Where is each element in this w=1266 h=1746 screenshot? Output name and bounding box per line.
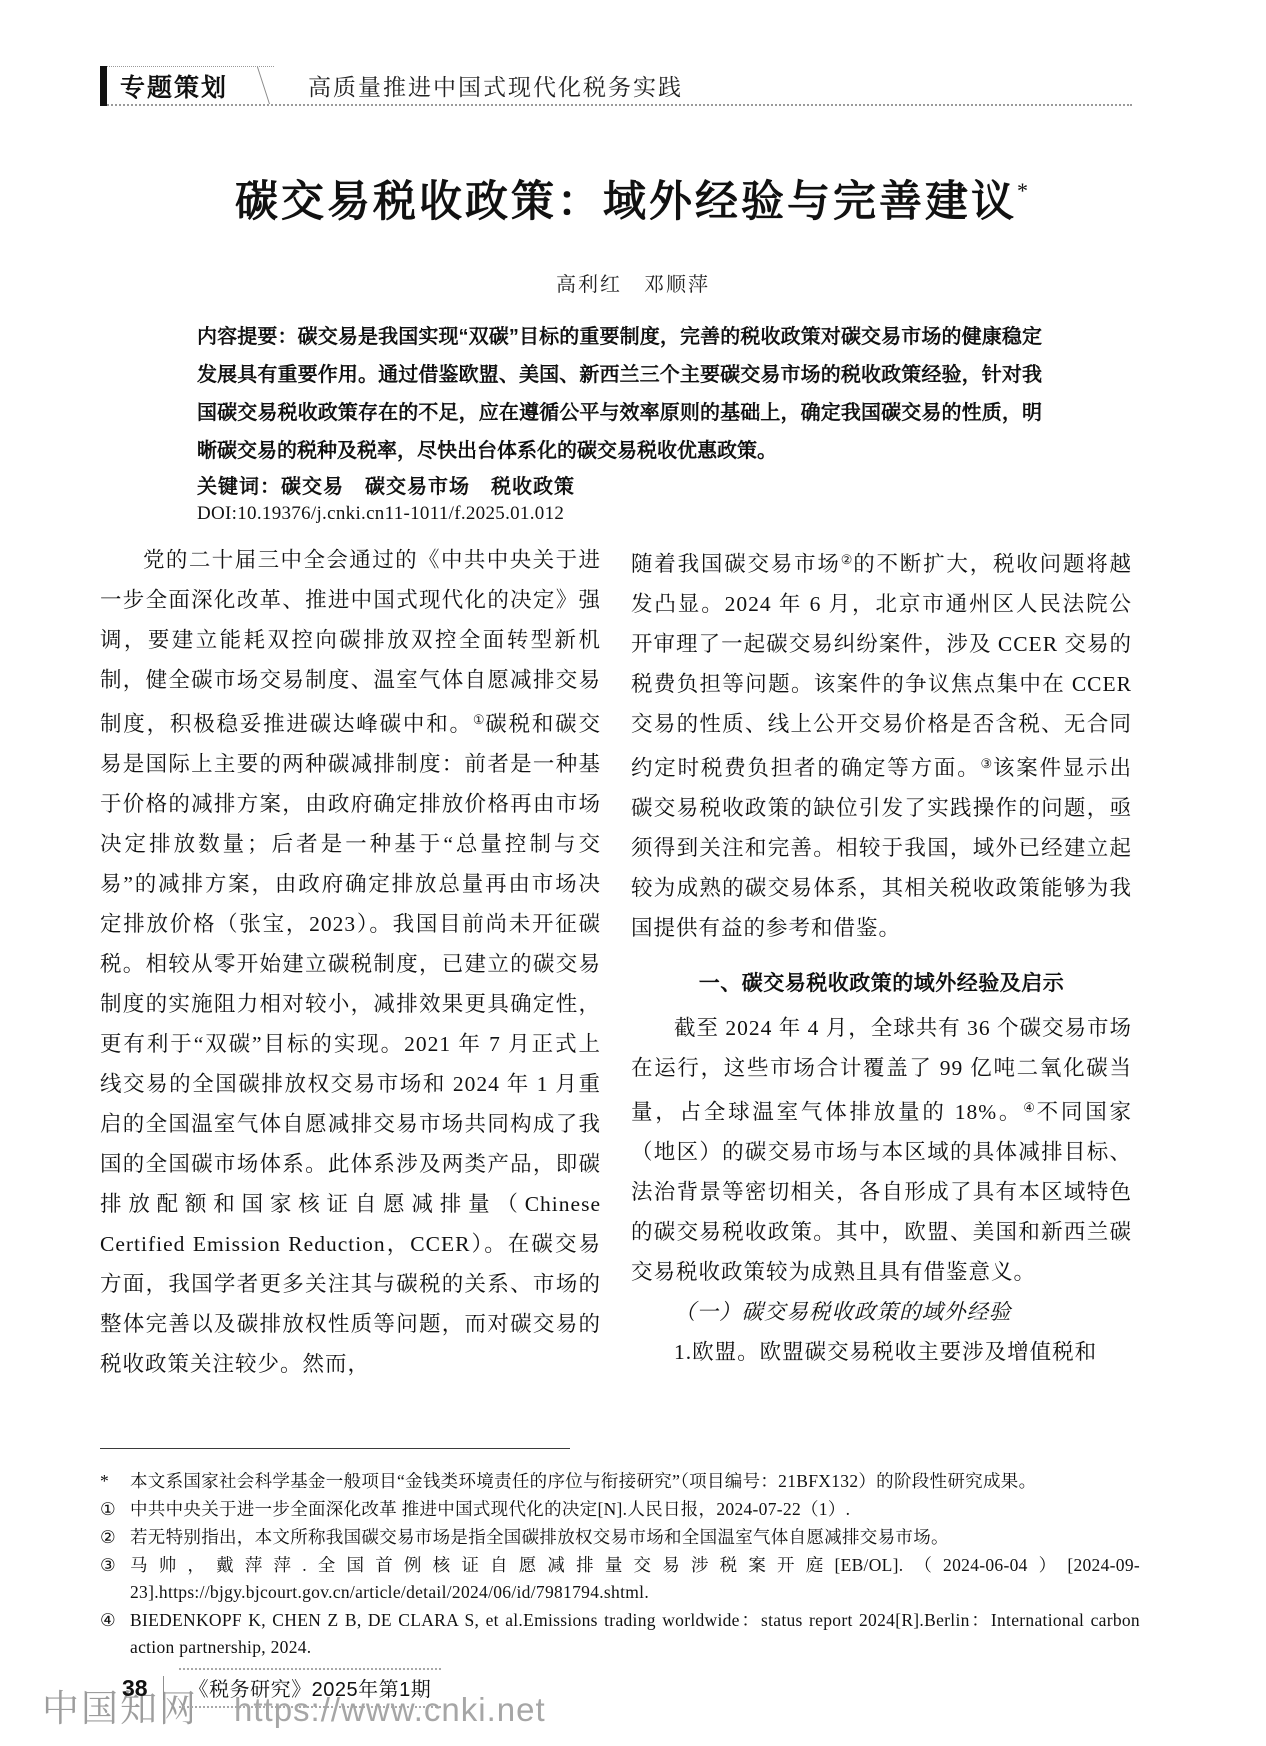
footnote-marker: ② <box>100 1524 130 1551</box>
section-label-bar <box>100 66 107 106</box>
paragraph: 随着我国碳交易市场②的不断扩大，税收问题将越发凸显。2024 年 6 月，北京市… <box>631 540 1132 948</box>
right-column: 随着我国碳交易市场②的不断扩大，税收问题将越发凸显。2024 年 6 月，北京市… <box>631 540 1132 1384</box>
footnote-text: 马帅，戴萍萍.全国首例核证自愿减排量交易涉税案开庭[EB/OL].（2024-0… <box>130 1552 1140 1606</box>
footnote-text: 若无特别指出，本文所称我国碳交易市场是指全国碳排放权交易市场和全国温室气体自愿减… <box>130 1524 1140 1551</box>
footnote-marker: ① <box>100 1496 130 1523</box>
footnote-text: 中共中央关于进一步全面深化改革 推进中国式现代化的决定[N].人民日报，2024… <box>130 1496 1140 1523</box>
footnote-row: * 本文系国家社会科学基金一般项目“金钱类环境责任的序位与衔接研究”（项目编号：… <box>100 1468 1140 1495</box>
footnote-marker: * <box>100 1468 130 1495</box>
article-title: 碳交易税收政策：域外经验与完善建议* <box>0 168 1266 229</box>
footnote-row: ④ BIEDENKOPF K, CHEN Z B, DE CLARA S, et… <box>100 1607 1140 1661</box>
title-footnote-marker: * <box>1017 178 1031 203</box>
footnote-text: 本文系国家社会科学基金一般项目“金钱类环境责任的序位与衔接研究”（项目编号：21… <box>130 1468 1140 1495</box>
section-heading: 一、碳交易税收政策的域外经验及启示 <box>631 964 1132 1004</box>
section-label: 专题策划 <box>107 68 240 104</box>
paragraph: 截至 2024 年 4 月，全球共有 36 个碳交易市场在运行，这些市场合计覆盖… <box>631 1008 1132 1292</box>
page-number: 38 <box>122 1675 148 1702</box>
footnotes: * 本文系国家社会科学基金一般项目“金钱类环境责任的序位与衔接研究”（项目编号：… <box>100 1468 1140 1662</box>
article-title-text: 碳交易税收政策：域外经验与完善建议 <box>235 179 1017 226</box>
footnote-separator <box>100 1448 570 1449</box>
subsection-heading: （一）碳交易税收政策的域外经验 <box>631 1292 1132 1332</box>
footnote-row: ③ 马帅，戴萍萍.全国首例核证自愿减排量交易涉税案开庭[EB/OL].（2024… <box>100 1552 1140 1606</box>
abstract-label: 内容提要： <box>197 326 298 348</box>
abstract-block: 内容提要：碳交易是我国实现“双碳”目标的重要制度，完善的税收政策对碳交易市场的健… <box>197 318 1042 470</box>
keywords: 碳交易 碳交易市场 税收政策 <box>281 476 575 498</box>
footnote-row: ② 若无特别指出，本文所称我国碳交易市场是指全国碳排放权交易市场和全国温室气体自… <box>100 1524 1140 1551</box>
page-footer: 38 《税务研究》2025年第1期 <box>122 1668 441 1708</box>
footnote-text: BIEDENKOPF K, CHEN Z B, DE CLARA S, et a… <box>130 1607 1140 1661</box>
footnote-marker: ③ <box>100 1552 130 1606</box>
footnote-marker: ④ <box>100 1607 130 1661</box>
footnote-row: ① 中共中央关于进一步全面深化改革 推进中国式现代化的决定[N].人民日报，20… <box>100 1496 1140 1523</box>
abstract-text: 碳交易是我国实现“双碳”目标的重要制度，完善的税收政策对碳交易市场的健康稳定发展… <box>197 326 1042 462</box>
section-label-diagonal <box>257 67 270 104</box>
body-columns: 党的二十届三中全会通过的《中共中央关于进一步全面深化改革、推进中国式现代化的决定… <box>100 540 1132 1384</box>
page-header: 专题策划 高质量推进中国式现代化税务实践 <box>100 66 1132 106</box>
doi: DOI:10.19376/j.cnki.cn11-1011/f.2025.01.… <box>197 503 564 525</box>
footer-divider <box>163 1676 164 1700</box>
keywords-label: 关键词： <box>197 476 281 498</box>
section-label-box: 专题策划 <box>100 66 274 104</box>
authors: 高利红 邓顺萍 <box>0 268 1266 297</box>
journal-issue: 《税务研究》2025年第1期 <box>179 1668 442 1708</box>
keywords-line: 关键词：碳交易 碳交易市场 税收政策 <box>197 470 575 499</box>
left-column: 党的二十届三中全会通过的《中共中央关于进一步全面深化改革、推进中国式现代化的决定… <box>100 540 601 1384</box>
paragraph: 1.欧盟。欧盟碳交易税收主要涉及增值税和 <box>631 1332 1132 1372</box>
section-title: 高质量推进中国式现代化税务实践 <box>308 69 683 102</box>
paragraph: 党的二十届三中全会通过的《中共中央关于进一步全面深化改革、推进中国式现代化的决定… <box>100 540 601 1384</box>
journal-page: 专题策划 高质量推进中国式现代化税务实践 碳交易税收政策：域外经验与完善建议* … <box>0 0 1266 1746</box>
